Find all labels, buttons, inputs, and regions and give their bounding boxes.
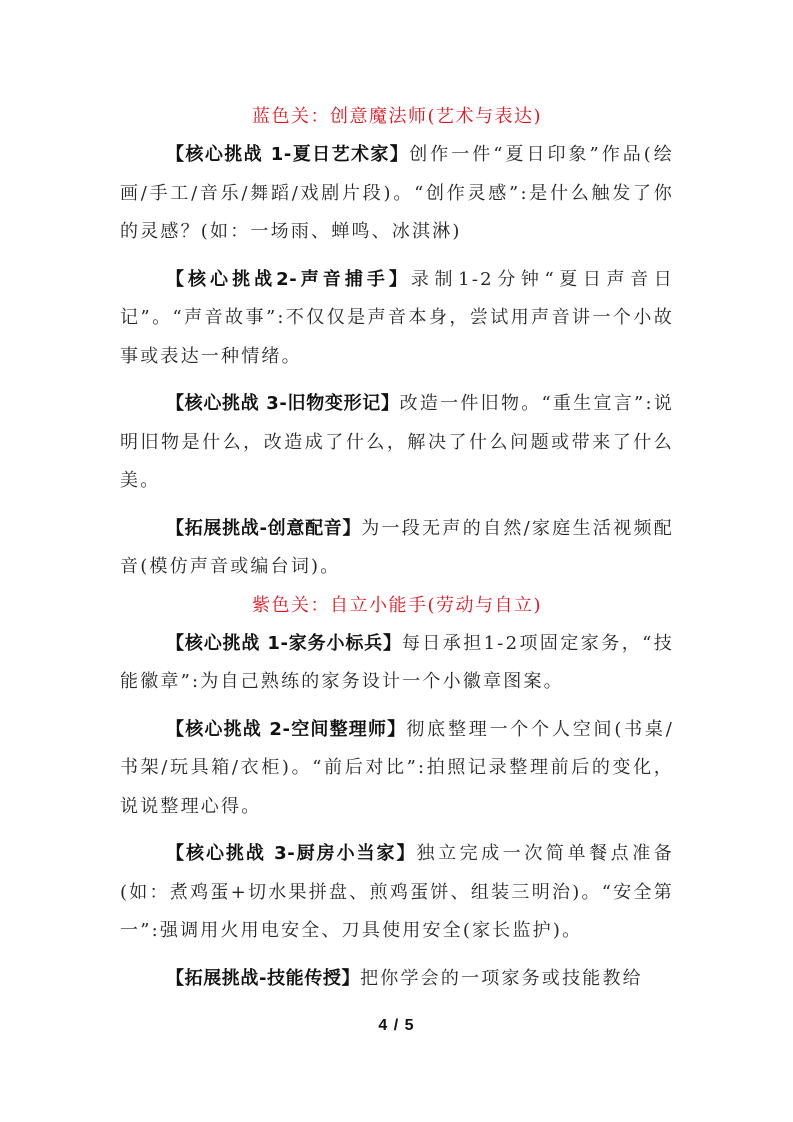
document-page: 蓝色关：创意魔法师(艺术与表达) 【核心挑战 1-夏日艺术家】创作一件“夏日印象…: [120, 98, 674, 1007]
challenge-text: 把你学会的一项家务或技能教给: [360, 968, 643, 989]
challenge-paragraph: 【拓展挑战-创意配音】为一段无声的自然/家庭生活视频配音(模仿声音或编台词)。: [120, 510, 674, 587]
challenge-label: 【核心挑战 1-家务小标兵】: [166, 633, 402, 654]
challenge-label: 【拓展挑战-技能传授】: [166, 968, 360, 989]
section-title-purple: 紫色关：自立小能手(劳动与自立): [120, 587, 674, 625]
challenge-paragraph: 【核心挑战2-声音捕手】录制1-2分钟“夏日声音日记”。“声音故事”:不仅仅是声…: [120, 261, 674, 377]
challenge-paragraph: 【核心挑战 2-空间整理师】彻底整理一个个人空间(书桌/书架/玩具箱/衣柜)。“…: [120, 711, 674, 827]
challenge-paragraph: 【核心挑战 3-旧物变形记】改造一件旧物。“重生宣言”:说明旧物是什么，改造成了…: [120, 385, 674, 501]
challenge-label: 【核心挑战 3-厨房小当家】: [166, 843, 417, 864]
page-number: 4 / 5: [0, 1017, 793, 1035]
section-title-blue: 蓝色关：创意魔法师(艺术与表达): [120, 98, 674, 136]
challenge-paragraph: 【核心挑战 1-夏日艺术家】创作一件“夏日印象”作品(绘画/手工/音乐/舞蹈/戏…: [120, 136, 674, 252]
challenge-label: 【核心挑战 2-空间整理师】: [166, 719, 406, 740]
challenge-label: 【核心挑战 1-夏日艺术家】: [166, 144, 409, 165]
challenge-paragraph: 【拓展挑战-技能传授】把你学会的一项家务或技能教给: [120, 960, 674, 999]
challenge-paragraph: 【核心挑战 3-厨房小当家】独立完成一次简单餐点准备(如：煮鸡蛋+切水果拼盘、煎…: [120, 835, 674, 951]
challenge-paragraph: 【核心挑战 1-家务小标兵】每日承担1-2项固定家务，“技能徽章”:为自己熟练的…: [120, 625, 674, 702]
challenge-label: 【拓展挑战-创意配音】: [166, 518, 361, 539]
challenge-label: 【核心挑战2-声音捕手】: [166, 269, 411, 290]
challenge-label: 【核心挑战 3-旧物变形记】: [166, 393, 400, 414]
